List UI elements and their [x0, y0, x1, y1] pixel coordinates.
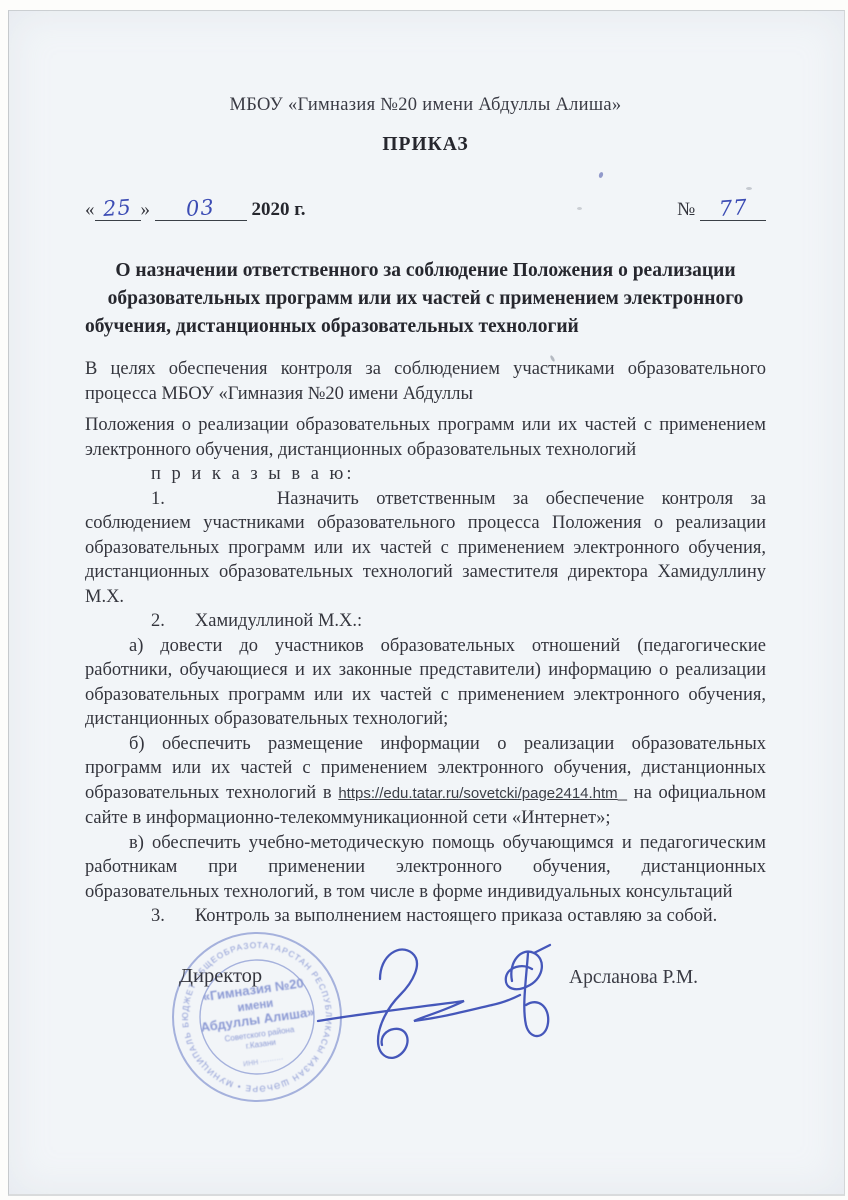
intro-paragraph-2: Положения о реализации образовательных п… [85, 413, 766, 462]
prikazyvayu-line: п р и к а з ы в а ю: [85, 462, 766, 487]
item-1-number: 1. [151, 489, 165, 509]
order-item-3: 3.Контроль за выполнением настоящего при… [85, 904, 766, 929]
document-type-heading: ПРИКАЗ [85, 134, 766, 156]
open-quote: « [85, 199, 95, 220]
order-body: В целях обеспечения контроля за соблюден… [85, 357, 766, 929]
year-label: 2020 г. [252, 199, 306, 220]
order-subitem-v: в) обеспечить учебно-методическую помощь… [85, 831, 766, 905]
signer-name: Арсланова Р.М. [569, 967, 698, 989]
handwritten-month: 03 [186, 197, 216, 219]
order-title: О назначении ответственного за соблюдени… [85, 257, 766, 341]
item-3-text: Контроль за выполнением настоящего прика… [195, 906, 717, 926]
signer-role: Директор [179, 965, 262, 988]
month-blank: 03 [155, 198, 247, 221]
order-title-line: образовательных программ или их частей с… [85, 285, 766, 313]
number-sign: № [677, 199, 695, 220]
item-2-number: 2. [151, 611, 165, 631]
document-content: МБОУ «Гимназия №20 имени Абдуллы Алиша» … [85, 11, 766, 999]
number-blank: 77 [700, 198, 766, 221]
item-1-text: Назначить ответственным за обеспечение к… [85, 489, 766, 607]
order-title-line: О назначении ответственного за соблюдени… [85, 257, 766, 285]
handwritten-number: 77 [718, 197, 748, 219]
order-subitem-b: б) обеспечить размещение информации о ре… [85, 732, 766, 831]
handwritten-day: 25 [102, 197, 132, 219]
director-signature [316, 941, 554, 1086]
date-and-number-line: «25» 03 2020 г. № 77 [85, 198, 766, 221]
paper-sheet: ТАТАРСТАН РЕСПУБЛИКАСЫ КАЗАН ШӘҺӘРЕ • МУ… [8, 10, 845, 1196]
order-subitem-a: а) довести до участников образовательных… [85, 634, 766, 732]
order-item-1: 1.Назначить ответственным за обеспечение… [85, 487, 766, 610]
order-title-line: обучения, дистанционных образовательных … [85, 313, 766, 341]
day-blank: 25 [95, 198, 141, 221]
item-2-text: Хамидуллиной М.Х.: [195, 611, 362, 631]
organization-name: МБОУ «Гимназия №20 имени Абдуллы Алиша» [85, 95, 766, 116]
website-url: https://edu.tatar.ru/sovetcki/page2414.h… [338, 785, 617, 802]
date-field: «25» 03 2020 г. [85, 198, 306, 221]
order-item-2: 2.Хамидуллиной М.Х.: [85, 609, 766, 634]
close-quote: » [141, 199, 151, 220]
stamp-inn-line: ИНН ·········· [243, 1056, 284, 1069]
item-3-number: 3. [151, 906, 165, 926]
order-number-field: № 77 [677, 198, 766, 221]
scanned-document: ТАТАРСТАН РЕСПУБЛИКАСЫ КАЗАН ШӘҺӘРЕ • МУ… [0, 0, 848, 1200]
intro-paragraph-1: В целях обеспечения контроля за соблюден… [85, 357, 766, 406]
